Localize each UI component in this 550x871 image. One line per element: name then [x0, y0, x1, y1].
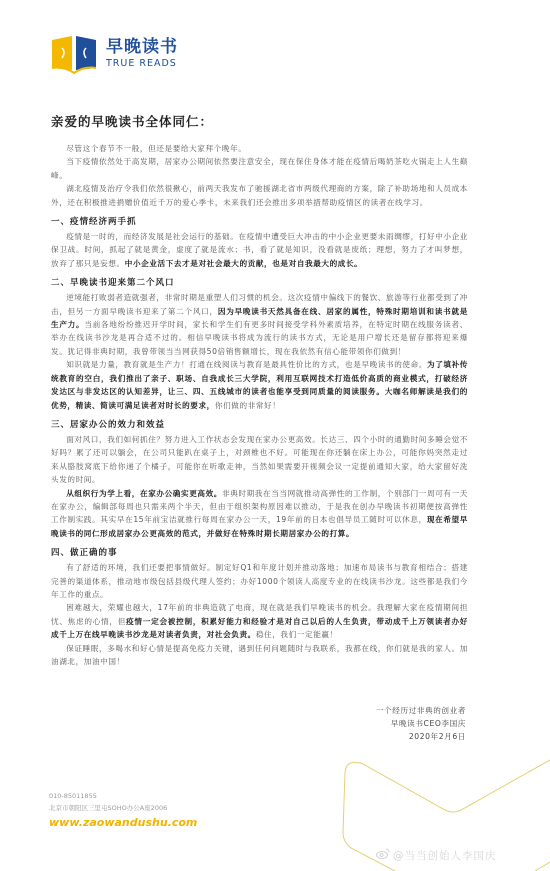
section-paragraph: 疫情是一时的，而经济发展是社会运行的基础。在疫情中遭受巨大冲击的中小企业更要未雨…: [51, 230, 468, 270]
signature-name: 早晚读书CEO李国庆: [376, 717, 466, 730]
section-paragraph: 逆境能打败弱者造就强者，非常时期是重塑人们习惯的机会。这次疫情中偏线下的餐饮、旅…: [51, 291, 468, 358]
intro-paragraph: 湖北疫情及治疗令我们依然很揪心，前两天我发布了驰援湖北省市两级代理商的方案，除了…: [51, 182, 468, 209]
signature-date: 2020年2月6日: [376, 730, 466, 743]
intro-paragraph: 尽管这个春节不一般，但还是要给大家拜个晚年。: [51, 142, 468, 155]
letter-greeting: 亲爱的早晚读书全体同仁：: [51, 112, 468, 130]
address: 北京市朝阳区三里屯SOHO办公A座2006: [49, 802, 197, 814]
section-paragraph: 面对风口，我们如何抓住？努力进入工作状态会发现在家办公更高效。长达三、四个小时的…: [51, 433, 468, 487]
section-title: 四、做正确的事: [51, 546, 468, 558]
phone-number: 010-85011855: [49, 790, 197, 802]
brand-name-cn: 早晚读书: [106, 37, 178, 57]
brand-name-en: TRUE READS: [106, 57, 178, 71]
website-link[interactable]: www.zaowandushu.com: [49, 816, 197, 829]
section-title: 三、居家办公的效力和效益: [51, 418, 468, 430]
section-paragraph: 从组织行为学上看，在家办公确实更高效。非典时期我在当当网就推动高弹性的工作制，个…: [51, 487, 468, 541]
signature-line: 一个经历过非典的创业者: [376, 704, 466, 717]
logo: 早晚读书 TRUE READS: [50, 34, 178, 74]
open-book-logo-icon: [50, 34, 98, 74]
section-title: 二、早晚读书迎来第二个风口: [51, 276, 468, 288]
section-paragraph: 知识就是力量，教育就是生产力！打通在线阅读与教育是最具性价比的方式，也是早晚读书…: [51, 358, 468, 412]
intro-paragraph: 当下疫情依然处于高发期，居家办公期间依然要注意安全，现在保住身体才能在疫情后喝奶…: [51, 155, 468, 182]
footer-contact: 010-85011855 北京市朝阳区三里屯SOHO办公A座2006 www.z…: [49, 790, 197, 829]
letter-body: 亲爱的早晚读书全体同仁： 尽管这个春节不一般，但还是要给大家拜个晚年。 当下疫情…: [51, 112, 468, 668]
section-paragraph: 困难越大，荣耀也越大，17年前的非典造就了电商，现在就是我们早晚读书的机会。我理…: [51, 601, 468, 641]
watermark-text: @当当创始人李国庆: [393, 850, 497, 862]
section-paragraph: 有了舒适的环境，我们还要把事情做好。制定好Q1和年度计划并推动落地；加速布局读书…: [51, 561, 468, 601]
weibo-watermark: @当当创始人李国庆: [376, 848, 497, 863]
signature-block: 一个经历过非典的创业者 早晚读书CEO李国庆 2020年2月6日: [376, 704, 466, 743]
section-paragraph: 保证睡眠，多喝水和好心情是提高免疫力关键，遇到任何问题随时与我联系，我都在线，你…: [51, 642, 468, 669]
section-title: 一、疫情经济两手抓: [51, 215, 468, 227]
weibo-icon: [376, 848, 390, 859]
